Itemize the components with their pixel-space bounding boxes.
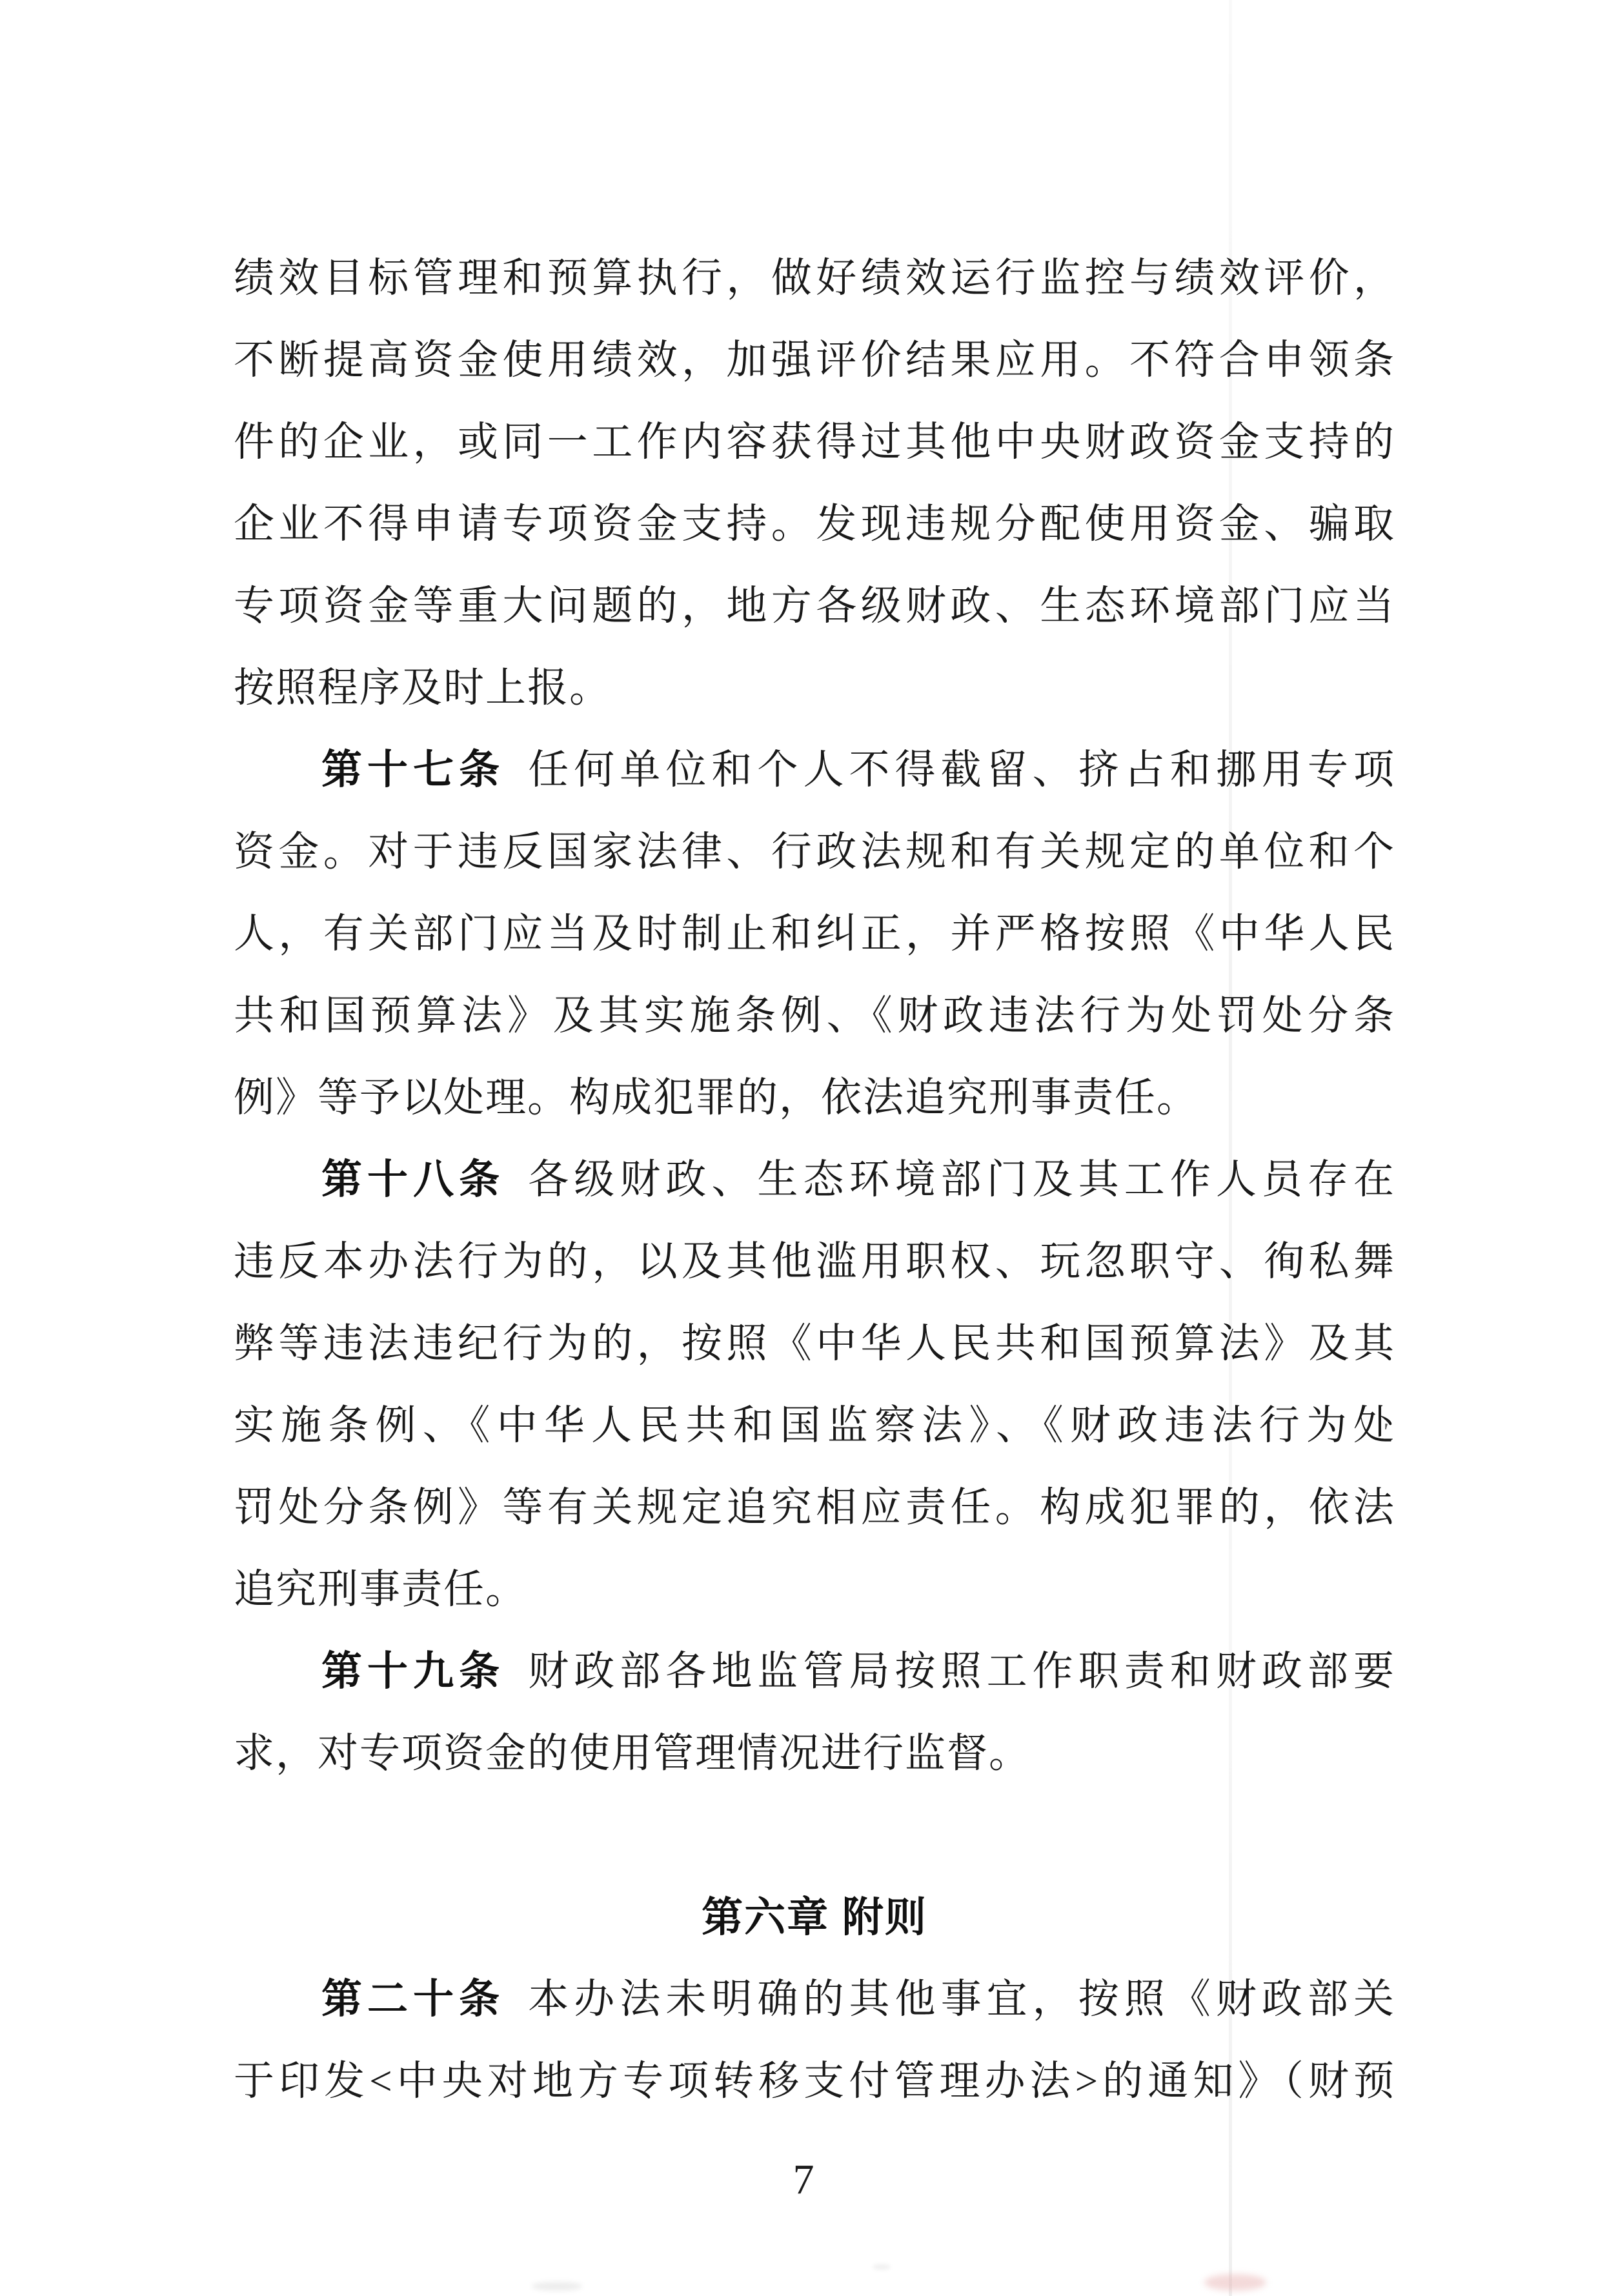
article-18-number: 第十八条 (321, 1157, 505, 1202)
paragraph-line-4: 企业不得申请专项资金支持。发现违规分配使用资金、骗取 (234, 483, 1395, 565)
article-18-text: 各级财政、生态环境部门及其工作人员存在 (528, 1157, 1395, 1202)
paragraph-line-2: 不断提高资金使用绩效，加强评价结果应用。不符合申领条 (234, 319, 1395, 401)
paragraph-line-6: 按照程序及时上报。 (234, 647, 1395, 729)
paragraph-line-1: 绩效目标管理和预算执行，做好绩效运行监控与绩效评价， (234, 237, 1395, 319)
article-20-text: 本办法未明确的其他事宜，按照《财政部关 (528, 1977, 1395, 2022)
paragraph-line-16: 罚处分条例》等有关规定追究相应责任。构成犯罪的，依法 (234, 1467, 1395, 1549)
scan-smudge-pink (1204, 2274, 1266, 2291)
paragraph-line-10: 共和国预算法》及其实施条例、《财政违法行为处罚处分条 (234, 975, 1395, 1057)
article-19-line: 第十九条财政部各地监管局按照工作职责和财政部要 (234, 1631, 1395, 1713)
article-20-number: 第二十条 (321, 1977, 505, 2022)
paragraph-line-5: 专项资金等重大问题的，地方各级财政、生态环境部门应当 (234, 565, 1395, 647)
paragraph-line-8: 资金。对于违反国家法律、行政法规和有关规定的单位和个 (234, 811, 1395, 893)
article-17-line: 第十七条任何单位和个人不得截留、挤占和挪用专项 (234, 729, 1395, 811)
article-18-line: 第十八条各级财政、生态环境部门及其工作人员存在 (234, 1139, 1395, 1221)
article-19-number: 第十九条 (321, 1649, 505, 1694)
paragraph-line-21: 于印发<中央对地方专项转移支付管理办法>的通知》（财预 (234, 2040, 1395, 2122)
article-17-text: 任何单位和个人不得截留、挤占和挪用专项 (528, 747, 1395, 792)
page-number: 7 (0, 2154, 1607, 2206)
scan-smudge-gray (532, 2282, 582, 2291)
chapter-heading: 第六章 附则 (234, 1877, 1395, 1959)
paragraph-line-17: 追究刑事责任。 (234, 1549, 1395, 1631)
paragraph-line-11: 例》等予以处理。构成犯罪的，依法追究刑事责任。 (234, 1057, 1395, 1139)
paragraph-line-3: 件的企业，或同一工作内容获得过其他中央财政资金支持的 (234, 401, 1395, 483)
scan-smudge-dot (873, 2264, 891, 2270)
document-body: 绩效目标管理和预算执行，做好绩效运行监控与绩效评价， 不断提高资金使用绩效，加强… (234, 237, 1395, 2122)
paragraph-line-13: 违反本办法行为的，以及其他滥用职权、玩忽职守、徇私舞 (234, 1221, 1395, 1303)
article-19-text: 财政部各地监管局按照工作职责和财政部要 (528, 1649, 1395, 1694)
paragraph-line-15: 实施条例、《中华人民共和国监察法》、《财政违法行为处 (234, 1385, 1395, 1467)
article-20-line: 第二十条本办法未明确的其他事宜，按照《财政部关 (234, 1959, 1395, 2040)
article-17-number: 第十七条 (321, 747, 505, 792)
paragraph-line-9: 人，有关部门应当及时制止和纠正，并严格按照《中华人民 (234, 893, 1395, 975)
paragraph-line-19: 求，对专项资金的使用管理情况进行监督。 (234, 1713, 1395, 1795)
paragraph-line-14: 弊等违法违纪行为的，按照《中华人民共和国预算法》及其 (234, 1303, 1395, 1385)
